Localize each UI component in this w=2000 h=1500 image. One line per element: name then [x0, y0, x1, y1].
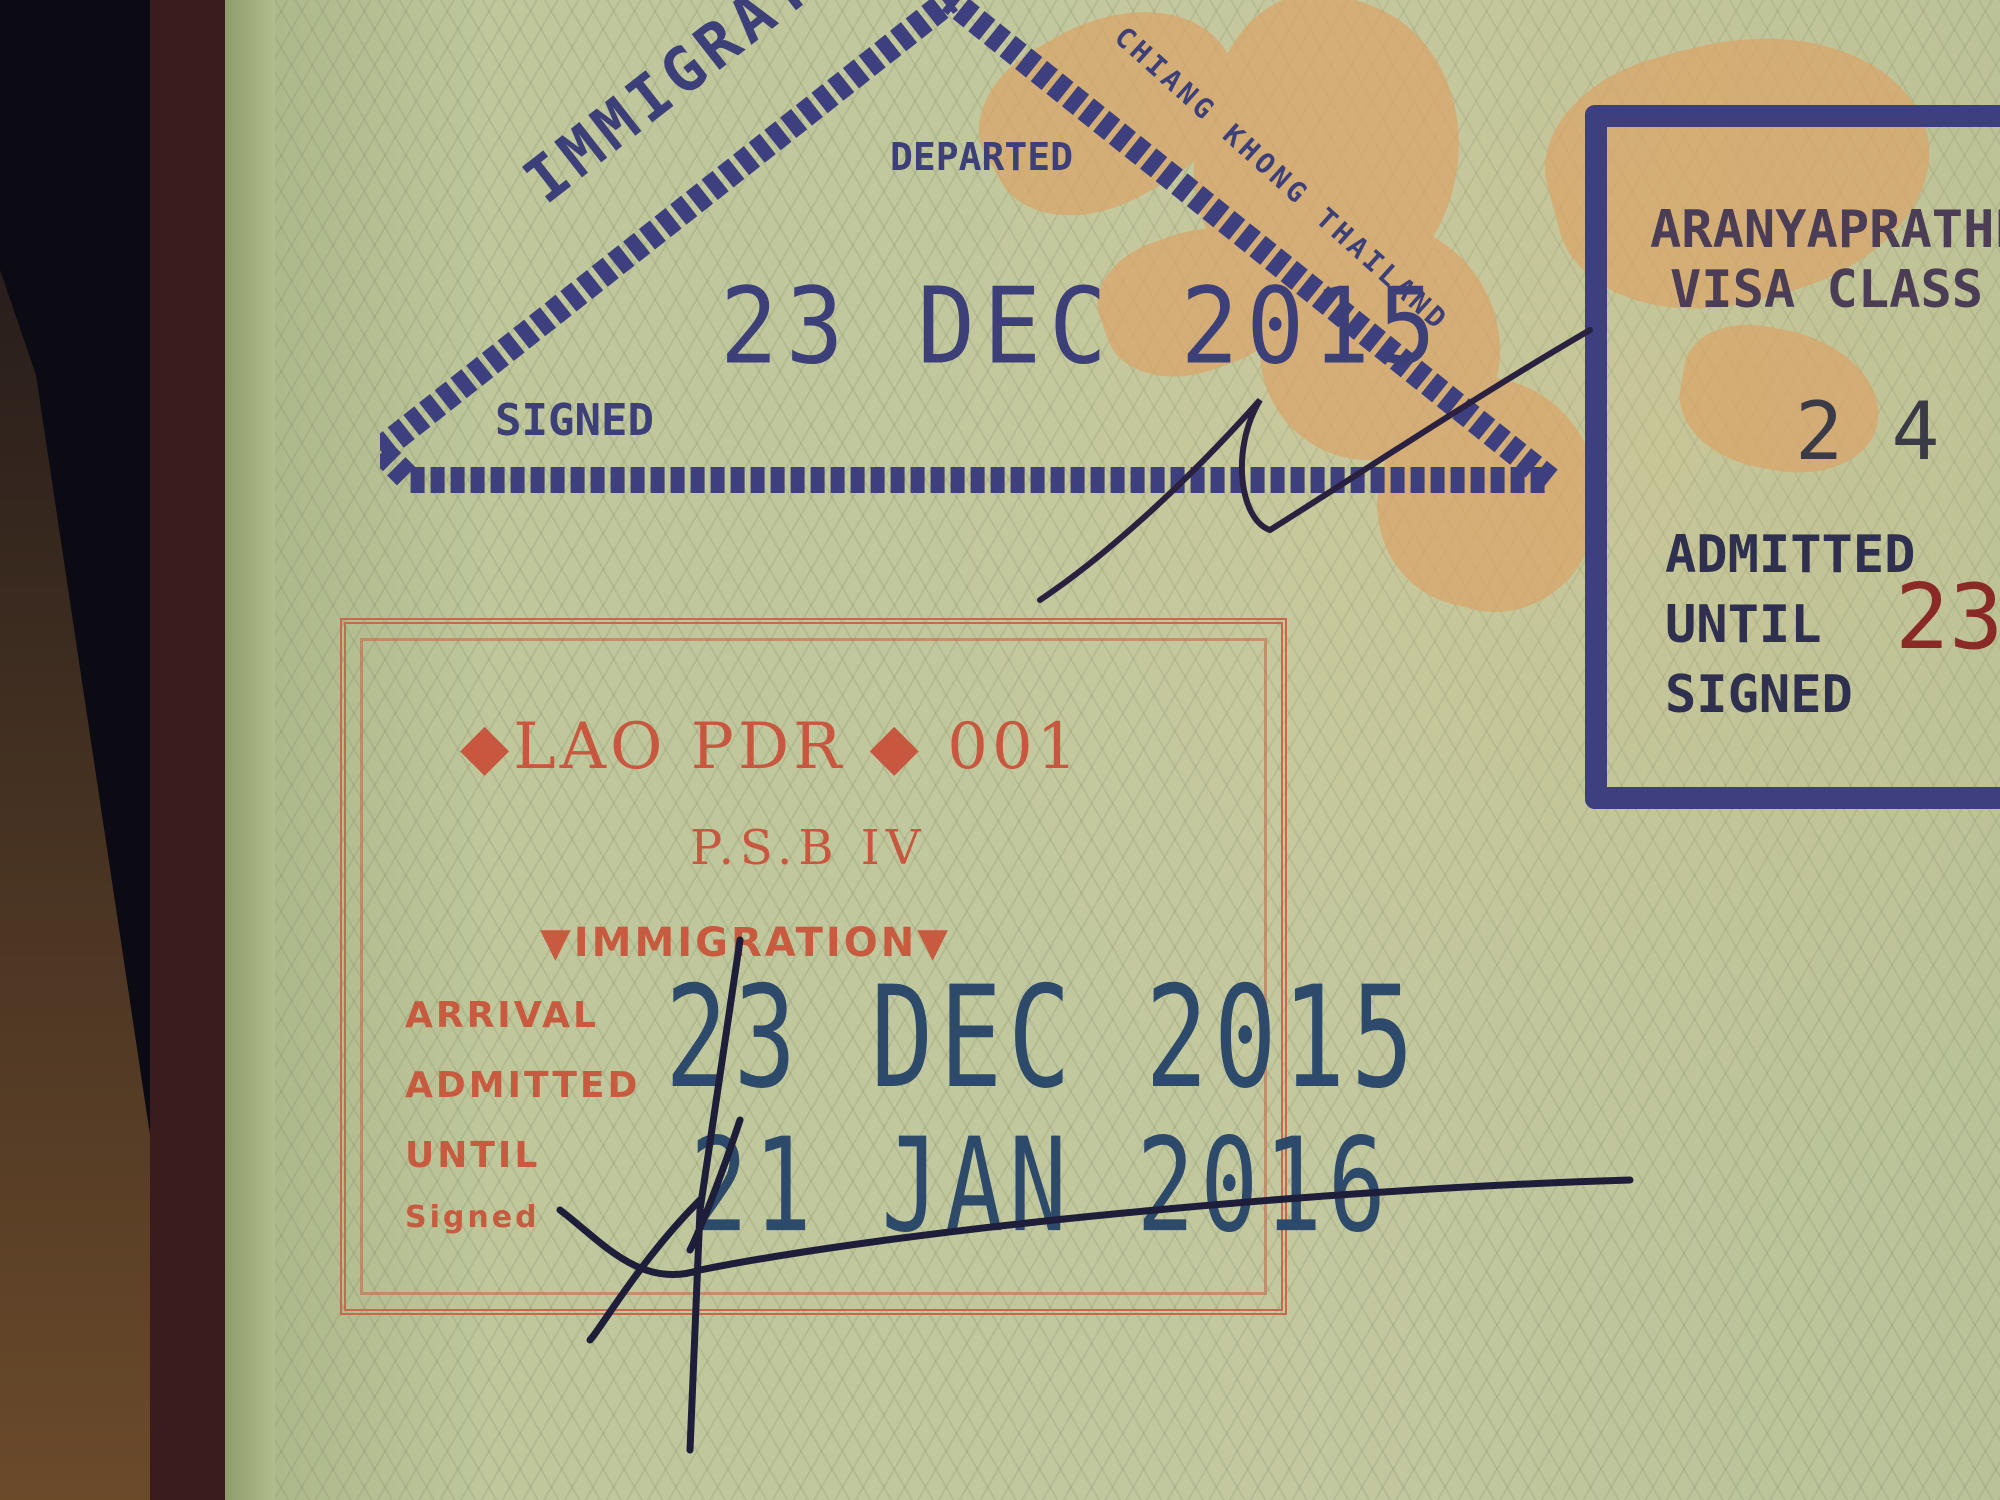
arrival-line-2: VISA CLASS: [1670, 260, 1983, 320]
departed-label: DEPARTED: [890, 135, 1073, 179]
departure-date: 23 DEC 2015: [720, 264, 1444, 387]
lao-arrival-date: 23 DEC 2015: [665, 955, 1420, 1120]
lao-label-arrival: ARRIVAL: [405, 995, 599, 1036]
page-gutter: [225, 0, 275, 1500]
arrival-date-partial: 2 4: [1795, 385, 1940, 478]
arrival-signed-label: SIGNED: [1665, 665, 1853, 725]
admitted-label: ADMITTED: [1665, 525, 1915, 585]
lao-label-until: UNTIL: [405, 1135, 540, 1176]
lao-label-admitted: ADMITTED: [405, 1065, 640, 1106]
until-label: UNTIL: [1665, 595, 1822, 655]
arrival-line-1: ARANYAPRATHET: [1650, 200, 2000, 260]
lao-header-suffix: 001: [947, 710, 1081, 784]
lao-subheader: P.S.B IV: [690, 820, 926, 876]
lao-header: ◆LAO PDR ◆ 001: [460, 710, 1081, 784]
lao-label-signed: Signed: [405, 1200, 540, 1235]
departure-signed-label: SIGNED: [495, 395, 654, 446]
until-value-partial: 23: [1895, 565, 2000, 670]
passport-cover-edge: [150, 0, 230, 1500]
lao-until-date: 21 JAN 2016: [690, 1110, 1392, 1261]
lao-header-text: LAO PDR: [513, 710, 845, 784]
